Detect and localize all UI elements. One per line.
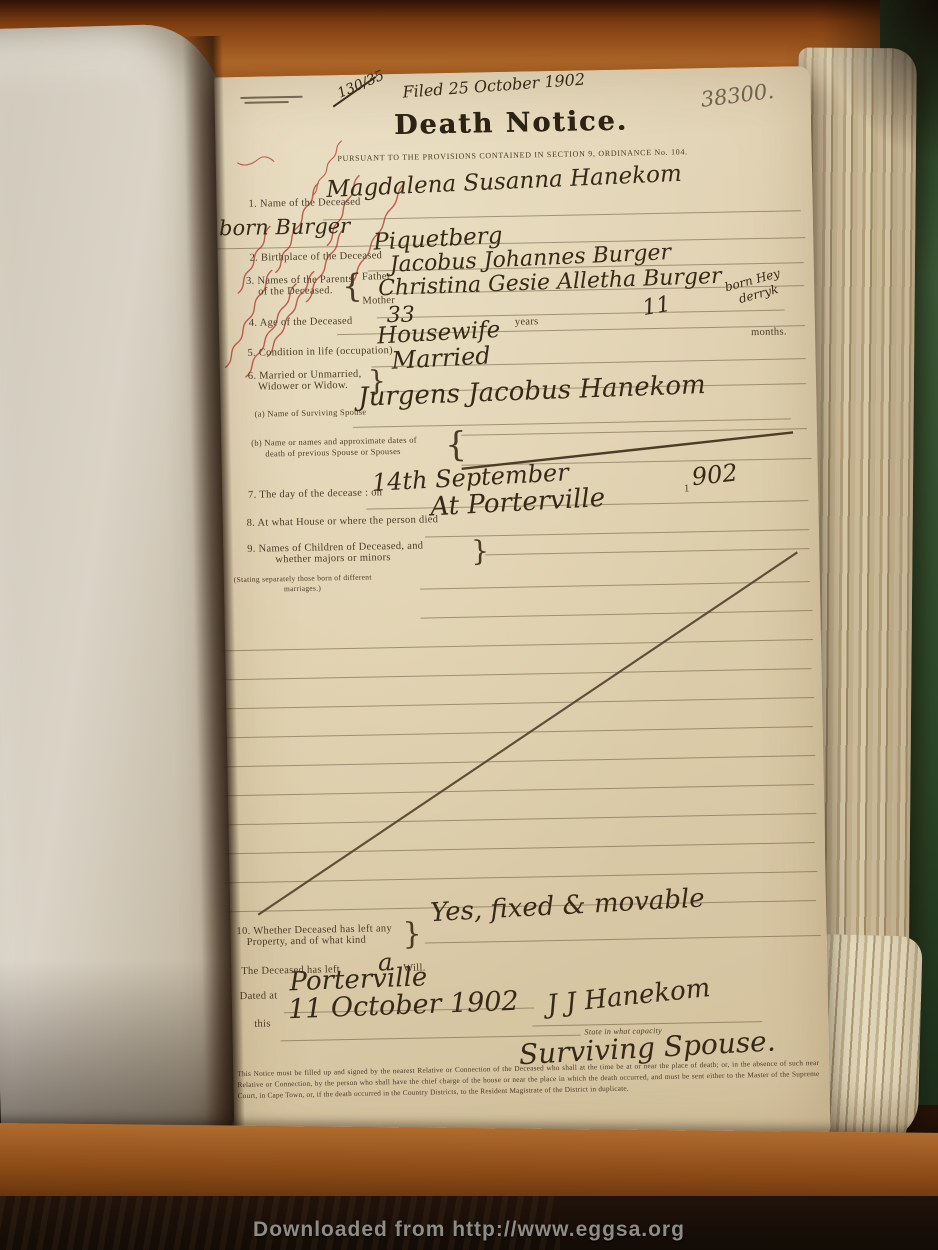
death-notice-page: 130/35 Filed 25 October 1902 38300. Deat… (214, 66, 831, 1153)
parents-brace: { (342, 267, 363, 305)
photograph-of-death-notice: 130/35 Filed 25 October 1902 38300. Deat… (0, 0, 938, 1250)
property-brace: } (402, 917, 422, 952)
field-marital-value: Married (391, 341, 491, 374)
field-spouse-label: (a) Name of Surviving Spouse (254, 407, 366, 419)
field-decease-label: 7. The day of the decease : on (248, 487, 382, 501)
field-parents-label-2: of the Deceased. (258, 285, 333, 297)
facing-page-shadow (0, 960, 236, 1150)
form-title: Death Notice. (343, 105, 680, 142)
form-footnote: This Notice must be filled up and signed… (237, 1058, 820, 1102)
rule-line (425, 935, 821, 944)
dated-at-label: Dated at (240, 990, 278, 1002)
decease-year-printed: 1 (684, 483, 690, 494)
corner-shadow (818, 0, 938, 160)
decease-year-written: 902 (690, 459, 739, 492)
age-months-unit: months. (751, 326, 787, 338)
age-years-unit: years (515, 316, 539, 327)
rule-line (377, 310, 785, 319)
field-property-label-2: Property, and of what kind (247, 935, 367, 948)
children-section-strike (223, 536, 820, 927)
field-age-label: 4. Age of the Deceased (249, 316, 353, 329)
watermark-text: Downloaded from http://www.eggsa.org (0, 1218, 938, 1242)
field-prev-spouse-label-2: death of previous Spouse or Spouses (265, 446, 401, 459)
reference-number: 38300. (699, 79, 775, 112)
dated-this-label: this (254, 1019, 271, 1030)
filed-note: Filed 25 October 1902 (402, 70, 586, 102)
age-months-value: 11 (641, 292, 673, 321)
signature-value: J J Hanekom (546, 973, 712, 1020)
field-death-place-label: 8. At what House or where the person die… (247, 514, 439, 529)
field-marital-label-2: Widower or Widow. (258, 380, 348, 393)
field-name-value-overflow: born Burger (219, 214, 351, 241)
